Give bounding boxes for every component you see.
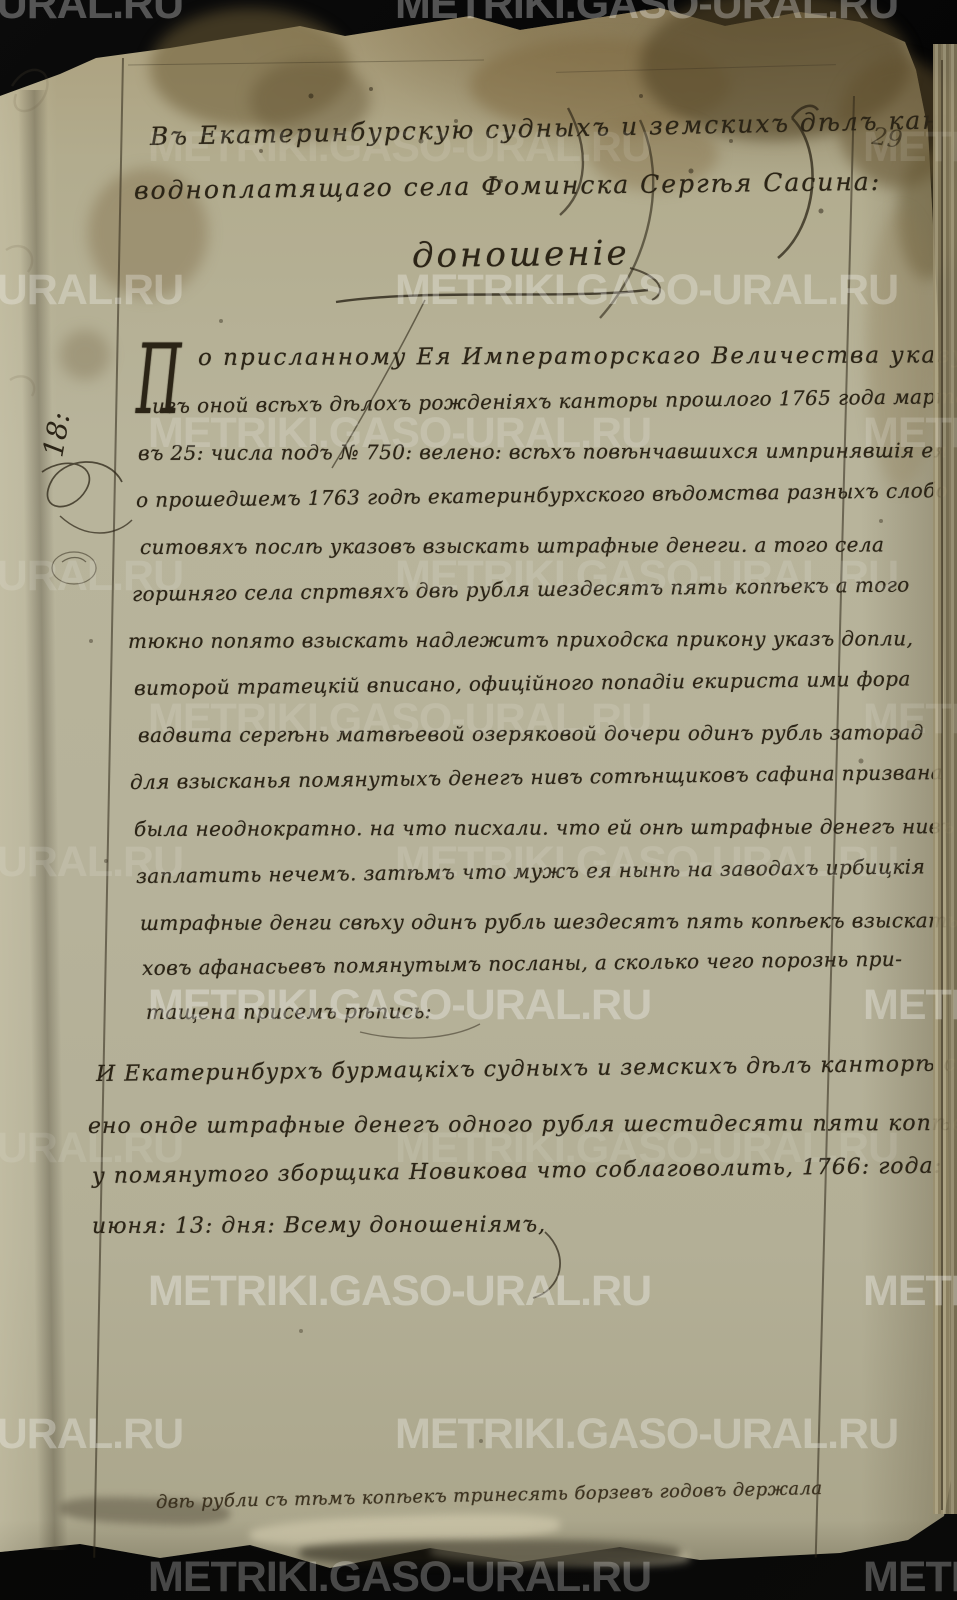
closing-tail	[533, 1232, 560, 1298]
title-tail	[630, 268, 660, 300]
body-end-flourish	[360, 1024, 480, 1038]
header-descender	[600, 120, 653, 318]
header-descender	[560, 108, 583, 215]
page-edge-crease	[941, 60, 943, 1510]
page-stack-edge	[933, 44, 957, 1514]
margin-circle-mark	[52, 552, 96, 584]
ink-flourish-svg	[0, 0, 957, 1600]
manuscript-photo: Въ Екатеринбурскую судныхъ и земскихъ дѣ…	[0, 0, 957, 1600]
margin-paraph	[42, 462, 122, 507]
heading-flourish	[778, 106, 818, 258]
margin-paraph	[60, 516, 132, 533]
title-descender	[332, 300, 425, 468]
title-underline-swash	[336, 290, 648, 302]
show-through-ghost	[6, 70, 47, 396]
margin-circle-mark	[62, 558, 86, 563]
